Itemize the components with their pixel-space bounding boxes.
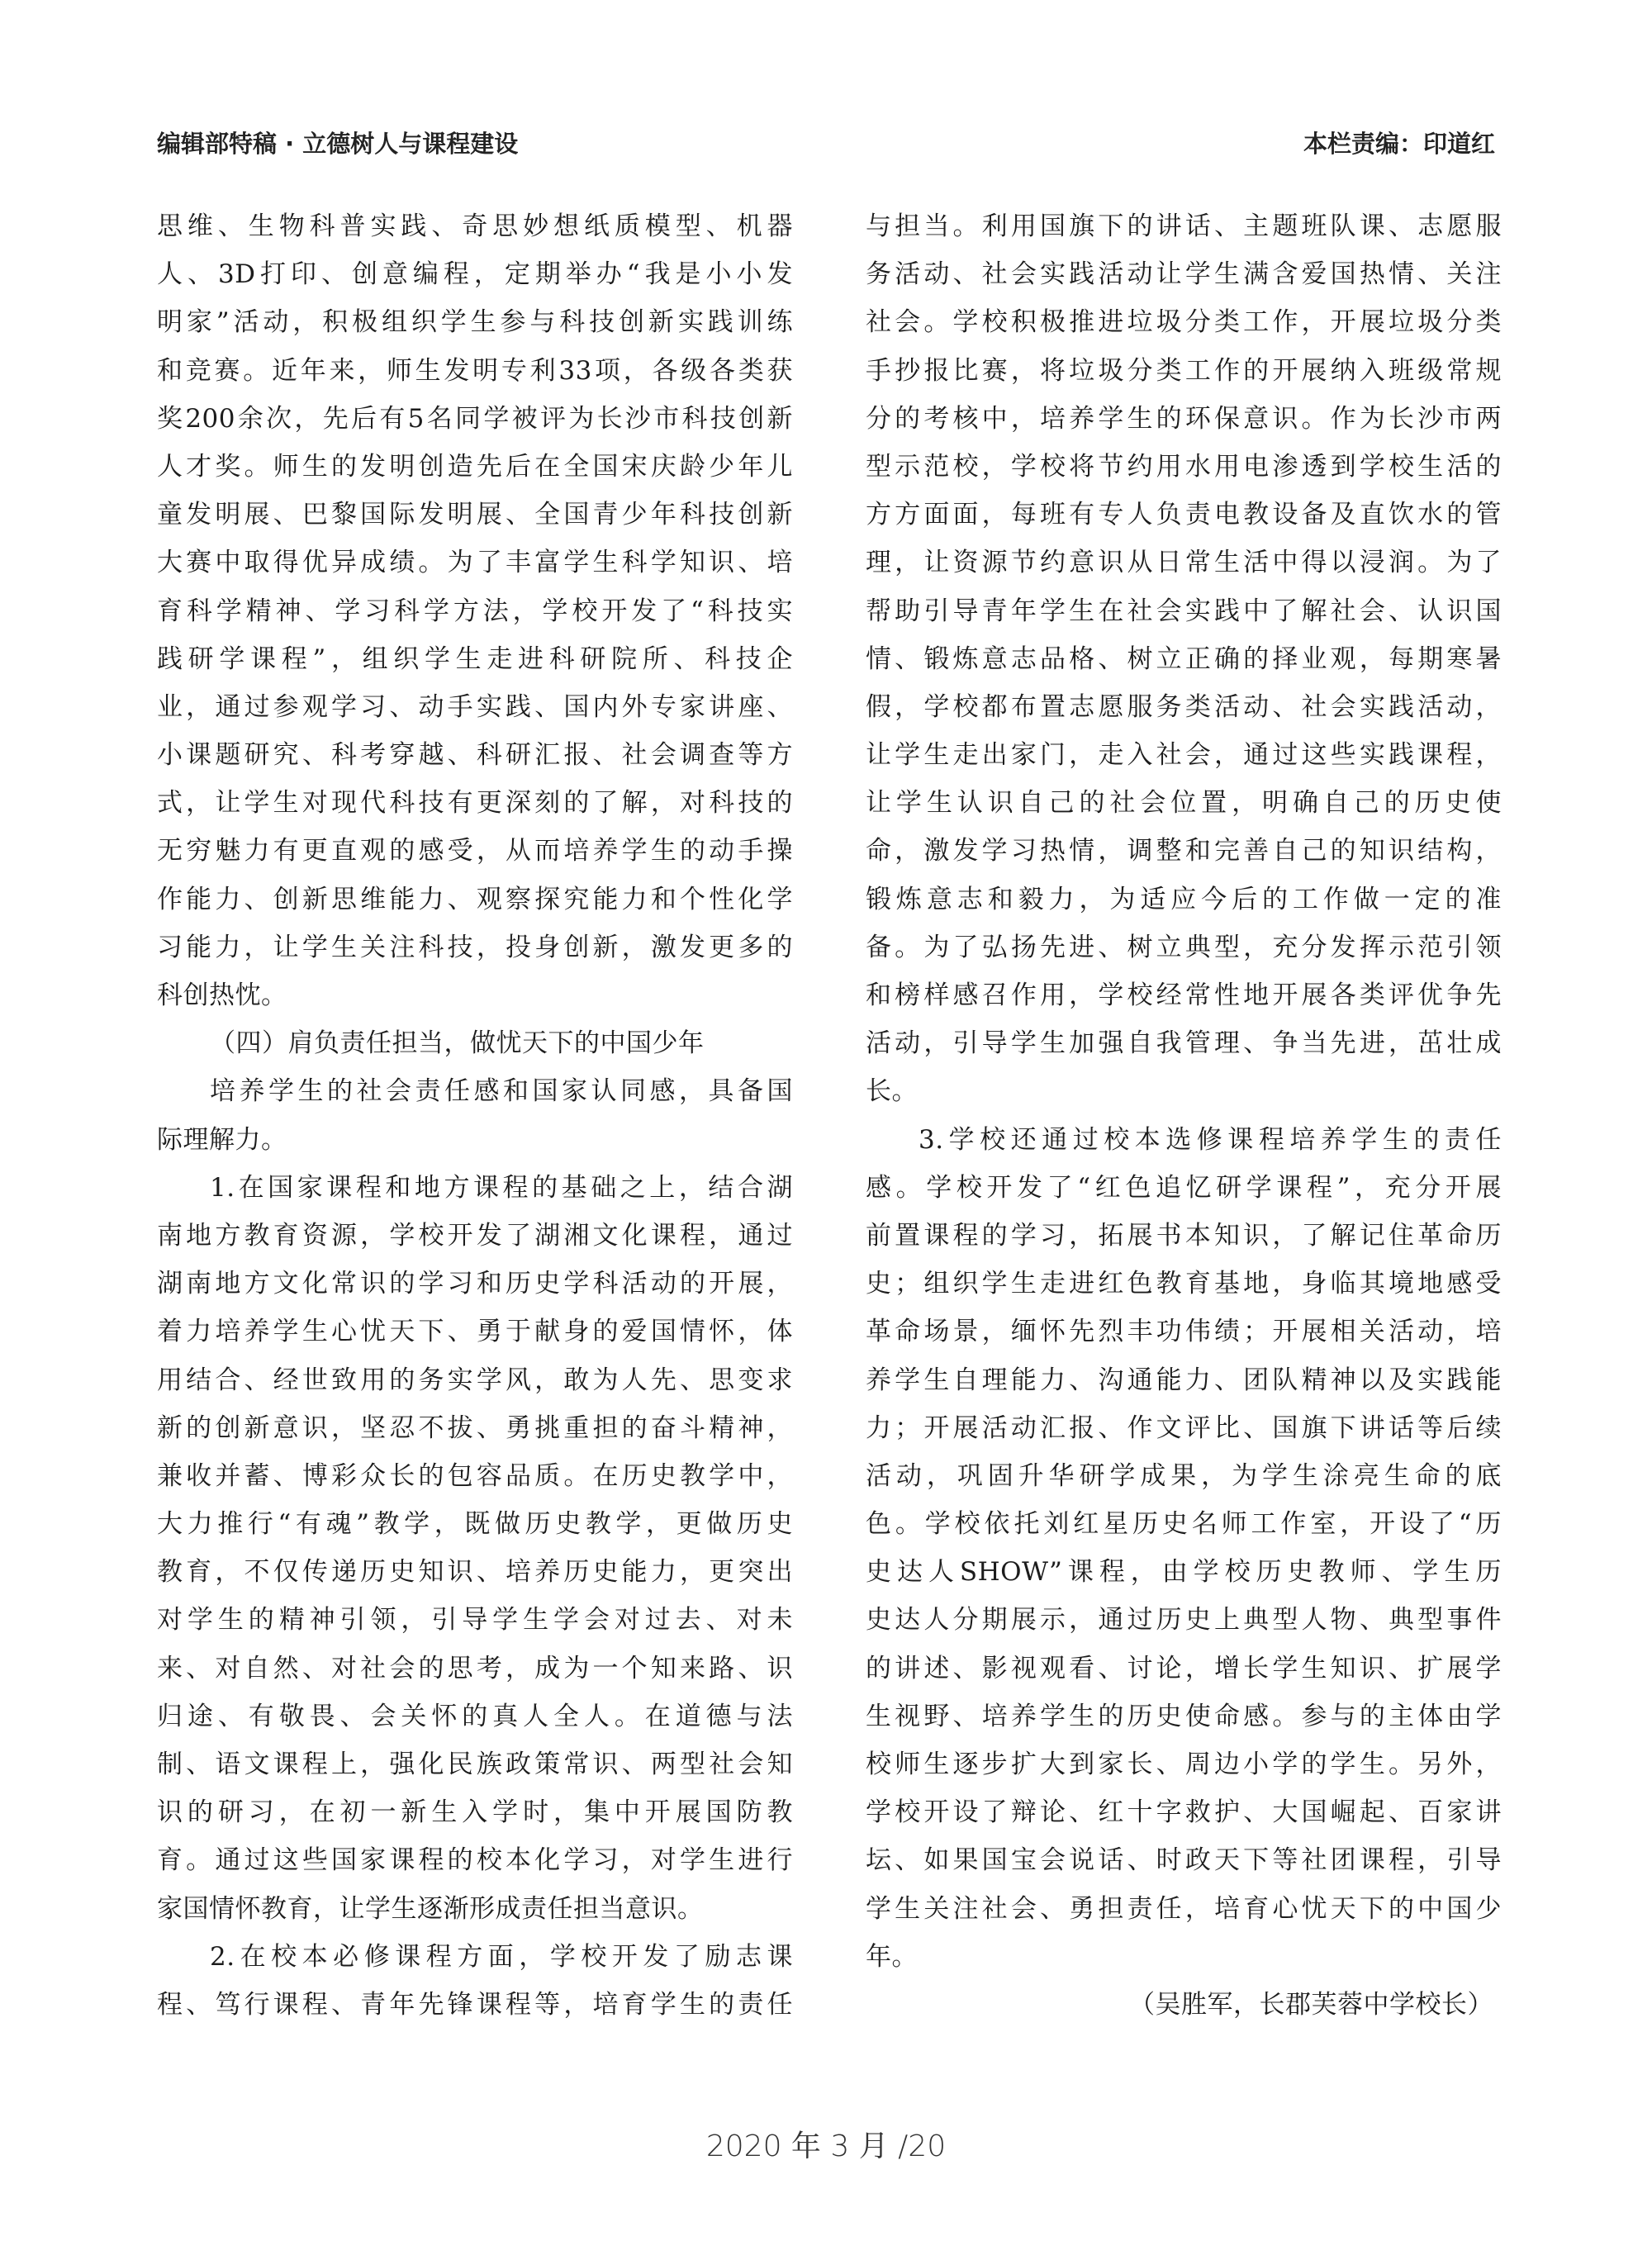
text-line: 生视野、培养学生的历史使命感。参与的主体由学 xyxy=(866,1693,1502,1740)
text-line: 长。 xyxy=(866,1067,1502,1115)
text-line: 色。学校依托刘红星历史名师工作室，开设了“历 xyxy=(866,1500,1502,1548)
text-line: 学生关注社会、勇担责任，培育心忧天下的中国少 xyxy=(866,1885,1502,1933)
text-line: 式，让学生对现代科技有更深刻的了解，对科技的 xyxy=(157,779,793,827)
text-line: 让学生认识自己的社会位置，明确自己的历史使 xyxy=(866,779,1502,827)
text-line: 大赛中取得优异成绩。为了丰富学生科学知识、培 xyxy=(157,539,793,586)
text-line: 和竞赛。近年来，师生发明专利33项，各级各类获 xyxy=(157,347,793,395)
text-line: 无穷魅力有更直观的感受，从而培养学生的动手操 xyxy=(157,827,793,875)
text-line: 际理解力。 xyxy=(157,1116,793,1164)
text-line: 方方面面，每班有专人负责电教设备及直饮水的管 xyxy=(866,491,1502,539)
left-column: 思维、生物科普实践、奇思妙想纸质模型、机器人、3D打印、创意编程，定期举办“我是… xyxy=(157,202,793,2029)
text-line: 新的创新意识，坚忍不拔、勇挑重担的奋斗精神， xyxy=(157,1404,793,1452)
page-footer: 2020 年 3 月 /20 xyxy=(0,2123,1652,2165)
text-line: 备。为了弘扬先进、树立典型，充分发挥示范引领 xyxy=(866,923,1502,971)
text-line: 家国情怀教育，让学生逐渐形成责任担当意识。 xyxy=(157,1885,793,1933)
text-line: 养学生自理能力、沟通能力、团队精神以及实践能 xyxy=(866,1356,1502,1404)
text-line: 型示范校，学校将节约用水用电渗透到学校生活的 xyxy=(866,443,1502,491)
text-line: 让学生走出家门，走入社会，通过这些实践课程， xyxy=(866,731,1502,779)
right-column: 与担当。利用国旗下的讲话、主题班队课、志愿服务活动、社会实践活动让学生满含爱国热… xyxy=(866,202,1502,2029)
text-line: 业，通过参观学习、动手实践、国内外专家讲座、 xyxy=(157,683,793,731)
text-line: 大力推行“有魂”教学，既做历史教学，更做历史 xyxy=(157,1500,793,1548)
text-line: 的讲述、影视观看、讨论，增长学生知识、扩展学 xyxy=(866,1645,1502,1693)
text-line: 帮助引导青年学生在社会实践中了解社会、认识国 xyxy=(866,587,1502,635)
text-line: 坛、如果国宝会说话、时政天下等社团课程，引导 xyxy=(866,1836,1502,1884)
text-line: 思维、生物科普实践、奇思妙想纸质模型、机器 xyxy=(157,202,793,250)
text-line: 归途、有敬畏、会关怀的真人全人。在道德与法 xyxy=(157,1693,793,1740)
text-line: 习能力，让学生关注科技，投身创新，激发更多的 xyxy=(157,923,793,971)
text-line: 小课题研究、科考穿越、科研汇报、社会调查等方 xyxy=(157,731,793,779)
text-line: 与担当。利用国旗下的讲话、主题班队课、志愿服 xyxy=(866,202,1502,250)
text-line: 史；组织学生走进红色教育基地，身临其境地感受 xyxy=(866,1260,1502,1308)
text-line: 2.在校本必修课程方面，学校开发了励志课 xyxy=(157,1933,793,1981)
text-line: 童发明展、巴黎国际发明展、全国青少年科技创新 xyxy=(157,491,793,539)
text-line: 程、笃行课程、青年先锋课程等，培育学生的责任 xyxy=(157,1981,793,2029)
text-line: 活动，引导学生加强自我管理、争当先进，茁壮成 xyxy=(866,1019,1502,1067)
text-line: 育科学精神、学习科学方法，学校开发了“科技实 xyxy=(157,587,793,635)
text-line: 手抄报比赛，将垃圾分类工作的开展纳入班级常规 xyxy=(866,347,1502,395)
text-line: 南地方教育资源，学校开发了湖湘文化课程，通过 xyxy=(157,1212,793,1260)
text-line: 培养学生的社会责任感和国家认同感，具备国 xyxy=(157,1067,793,1115)
text-line: 锻炼意志和毅力，为适应今后的工作做一定的准 xyxy=(866,876,1502,923)
text-line: 明家”活动，积极组织学生参与科技创新实践训练 xyxy=(157,298,793,346)
text-line: 和榜样感召作用，学校经常性地开展各类评优争先 xyxy=(866,971,1502,1019)
text-line: 人才奖。师生的发明创造先后在全国宋庆龄少年儿 xyxy=(157,443,793,491)
text-line: 感。学校开发了“红色追忆研学课程”，充分开展 xyxy=(866,1164,1502,1212)
column-editor: 本栏责编：印道红 xyxy=(1303,126,1495,159)
text-line: 践研学课程”，组织学生走进科研院所、科技企 xyxy=(157,635,793,683)
text-line: 命，激发学习热情，调整和完善自己的知识结构， xyxy=(866,827,1502,875)
text-line: 3.学校还通过校本选修课程培养学生的责任 xyxy=(866,1116,1502,1164)
text-line: 奖200余次，先后有5名同学被评为长沙市科技创新 xyxy=(157,395,793,443)
text-line: 假，学校都布置志愿服务类活动、社会实践活动， xyxy=(866,683,1502,731)
text-line: 教育，不仅传递历史知识、培养历史能力，更突出 xyxy=(157,1548,793,1596)
text-line: 分的考核中，培养学生的环保意识。作为长沙市两 xyxy=(866,395,1502,443)
section-title: 编辑部特稿 · 立德树人与课程建设 xyxy=(157,126,518,159)
text-line: 校师生逐步扩大到家长、周边小学的学生。另外， xyxy=(866,1740,1502,1788)
text-line: 制、语文课程上，强化民族政策常识、两型社会知 xyxy=(157,1740,793,1788)
text-line: 1.在国家课程和地方课程的基础之上，结合湖 xyxy=(157,1164,793,1212)
text-line: 对学生的精神引领，引导学生学会对过去、对未 xyxy=(157,1596,793,1644)
running-header: 编辑部特稿 · 立德树人与课程建设 本栏责编：印道红 xyxy=(157,126,1495,167)
text-line: 前置课程的学习，拓展书本知识，了解记住革命历 xyxy=(866,1212,1502,1260)
text-line: 学校开设了辩论、红十字救护、大国崛起、百家讲 xyxy=(866,1788,1502,1836)
text-line: 兼收并蓄、博彩众长的包容品质。在历史教学中， xyxy=(157,1452,793,1500)
text-line: 社会。学校积极推进垃圾分类工作，开展垃圾分类 xyxy=(866,298,1502,346)
author-byline: （吴胜军，长郡芙蓉中学校长） xyxy=(866,1981,1502,2029)
text-line: 人、3D打印、创意编程，定期举办“我是小小发 xyxy=(157,250,793,298)
text-line: 湖南地方文化常识的学习和历史学科活动的开展， xyxy=(157,1260,793,1308)
text-line: 理，让资源节约意识从日常生活中得以浸润。为了 xyxy=(866,539,1502,586)
text-line: 务活动、社会实践活动让学生满含爱国热情、关注 xyxy=(866,250,1502,298)
text-line: 作能力、创新思维能力、观察探究能力和个性化学 xyxy=(157,876,793,923)
text-line: 来、对自然、对社会的思考，成为一个知来路、识 xyxy=(157,1645,793,1693)
section-heading: （四）肩负责任担当，做忧天下的中国少年 xyxy=(157,1019,793,1067)
text-line: 史达人SHOW”课程，由学校历史教师、学生历 xyxy=(866,1548,1502,1596)
text-line: 科创热忱。 xyxy=(157,971,793,1019)
text-line: 活动，巩固升华研学成果，为学生涂亮生命的底 xyxy=(866,1452,1502,1500)
text-line: 年。 xyxy=(866,1933,1502,1981)
text-line: 情、锻炼意志品格、树立正确的择业观，每期寒暑 xyxy=(866,635,1502,683)
text-line: 革命场景，缅怀先烈丰功伟绩；开展相关活动，培 xyxy=(866,1308,1502,1356)
text-line: 史达人分期展示，通过历史上典型人物、典型事件 xyxy=(866,1596,1502,1644)
text-line: 力；开展活动汇报、作文评比、国旗下讲话等后续 xyxy=(866,1404,1502,1452)
text-line: 识的研习，在初一新生入学时，集中开展国防教 xyxy=(157,1788,793,1836)
text-line: 着力培养学生心忧天下、勇于献身的爱国情怀，体 xyxy=(157,1308,793,1356)
text-line: 用结合、经世致用的务实学风，敢为人先、思变求 xyxy=(157,1356,793,1404)
text-line: 育。通过这些国家课程的校本化学习，对学生进行 xyxy=(157,1836,793,1884)
